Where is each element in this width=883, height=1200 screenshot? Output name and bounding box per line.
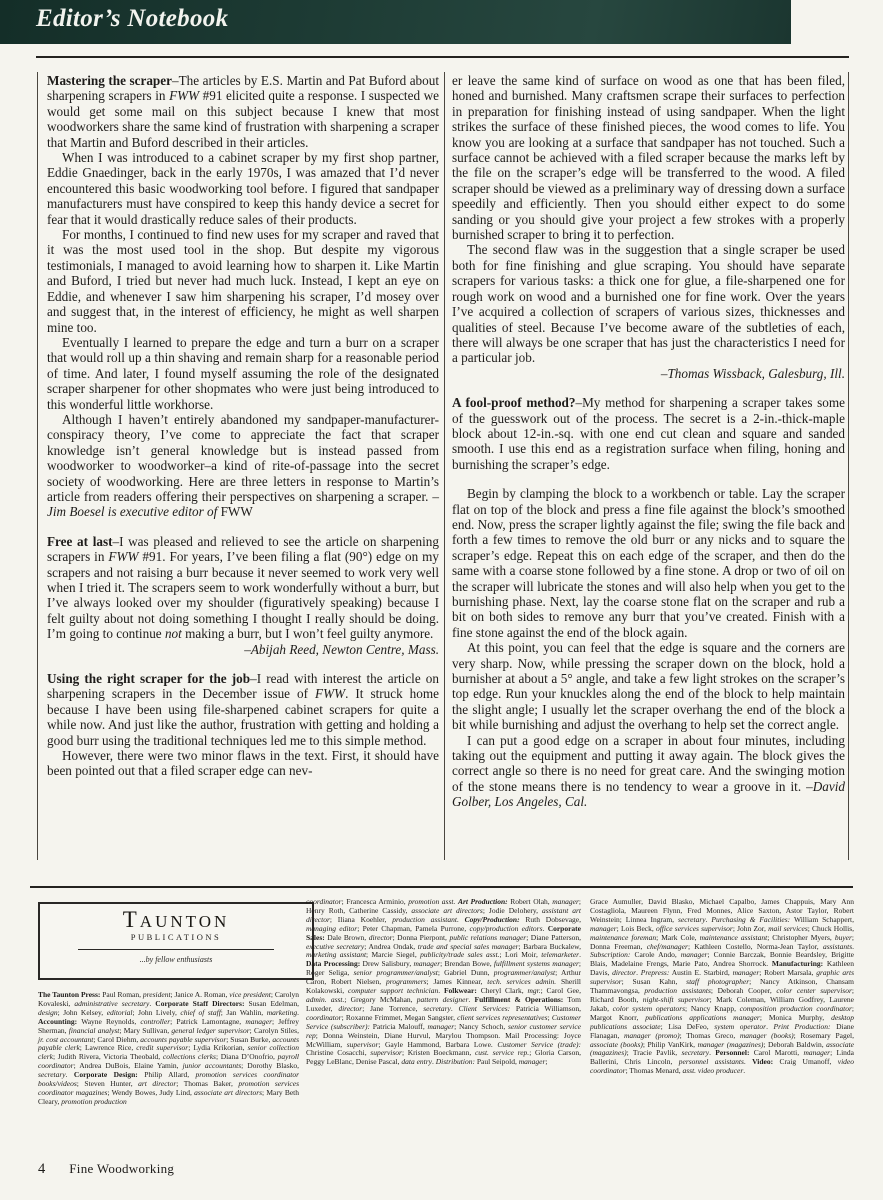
text-segment: . <box>451 1004 459 1013</box>
text-segment: Accounting: <box>38 1017 77 1026</box>
text-segment: The Taunton Press: <box>38 990 100 999</box>
text-segment: editorial <box>107 1008 133 1017</box>
article-paragraph: Free at last–I was pleased and relieved … <box>47 534 439 642</box>
text-segment: financial analyst <box>69 1026 120 1035</box>
text-segment: Drew Salisbury, <box>360 959 413 968</box>
text-segment: Begin by clamping the block to a workben… <box>452 486 845 640</box>
masthead-paragraph: The Taunton Press: Paul Roman, president… <box>38 991 299 1107</box>
text-segment: ; John Kelsey, <box>58 1008 107 1017</box>
text-segment: ; Roxanne Frimmet, Megan Sangster, <box>342 1013 458 1022</box>
text-segment: ; Susan Kahn, <box>622 977 686 986</box>
text-segment: office services supervisor <box>656 924 733 933</box>
text-segment: Eventually I learned to prepare the edge… <box>47 335 439 412</box>
text-segment: . <box>297 1008 299 1017</box>
text-segment: trade and special sales manager <box>418 942 519 951</box>
text-segment: ; Andrea DuBois, Elaine Yamin, <box>74 1061 183 1070</box>
text-segment: At this point, you can feel that the edg… <box>452 640 845 732</box>
masthead-paragraph: coordinator; Francesca Arminio, promotio… <box>306 898 581 1067</box>
article-paragraph: Although I haven’t entirely abandoned my… <box>47 412 439 520</box>
text-segment: ; Francesca Arminio, <box>342 897 409 906</box>
article-paragraph: er leave the same kind of surface on woo… <box>452 73 845 242</box>
text-segment: Patricia Malouff, <box>370 1022 427 1031</box>
text-segment: ; Lawrence Rice, <box>80 1043 136 1052</box>
text-segment: ; Gabriel Dunn, <box>438 968 494 977</box>
logo-divider <box>78 949 274 950</box>
text-segment: –Abijah Reed, Newton Centre, Mass. <box>244 642 439 657</box>
text-segment: ; Mark Cole, <box>656 933 699 942</box>
text-segment: president <box>143 990 171 999</box>
text-segment: er leave the same kind of surface on woo… <box>452 73 845 242</box>
text-segment: ; Steven Hunter, <box>77 1079 138 1088</box>
text-segment: programmer/analyst <box>494 968 555 977</box>
text-segment: manager <box>519 1057 546 1066</box>
text-segment: ; Mary Sullivan, <box>119 1026 171 1035</box>
text-segment: ; Carol Gee, <box>541 986 581 995</box>
text-segment: associate art directors <box>194 1088 262 1097</box>
text-segment: personnel assistants <box>679 1057 744 1066</box>
text-segment: Print Production: <box>774 1022 831 1031</box>
text-segment: copy/production editors <box>470 924 543 933</box>
text-segment: Free at last <box>47 534 113 549</box>
text-segment: ; Iliana Koehler, <box>330 915 392 924</box>
text-segment: director <box>612 968 636 977</box>
text-segment: A fool-proof method? <box>452 395 575 410</box>
text-segment: Customer Service (trade): <box>497 1040 581 1049</box>
text-segment: ; Janice A. Roman, <box>171 990 230 999</box>
text-segment: FWW <box>169 88 199 103</box>
text-segment: Mastering the scraper <box>47 73 172 88</box>
text-segment: ; Jodie Delohery, <box>483 906 542 915</box>
text-segment: ; Wendy Bowes, Judy Lind, <box>107 1088 194 1097</box>
text-segment: coordinator <box>306 897 342 906</box>
text-segment: manager <box>681 950 708 959</box>
text-segment: manager (magazines) <box>698 1040 764 1049</box>
text-segment: Art Production: <box>458 897 508 906</box>
text-segment: ; Robert Marsala, <box>759 968 816 977</box>
text-segment: Susan Edelman, <box>244 999 299 1008</box>
text-segment: Prepress: <box>641 968 670 977</box>
text-segment: ; Peter Chapman, Pamela Purrone, <box>357 924 469 933</box>
text-segment: making a burr, but I won’t feel guilty a… <box>182 626 434 641</box>
masthead-rule <box>30 886 853 888</box>
text-segment: ; Thomas Greco, <box>680 1031 740 1040</box>
text-segment: computer support technician <box>348 986 438 995</box>
article-paragraph: –Abijah Reed, Newton Centre, Mass. <box>47 642 439 657</box>
text-segment: associate (books) <box>590 1040 643 1049</box>
text-segment: manager <box>552 897 579 906</box>
article-paragraph: When I was introduced to a cabinet scrap… <box>47 150 439 227</box>
text-segment: art director <box>138 1079 176 1088</box>
text-segment: ; Lydia Krikorian, <box>188 1043 247 1052</box>
text-segment: Fulfillment & Operations: <box>475 995 564 1004</box>
text-segment: ; Rosemary Pagel, <box>794 1031 854 1040</box>
text-segment: supervisor <box>347 1040 379 1049</box>
text-segment: . <box>457 915 465 924</box>
section-title: Editor’s Notebook <box>36 5 228 33</box>
text-segment: client services representatives <box>457 1013 547 1022</box>
text-segment: ; <box>545 1057 547 1066</box>
logo-name-rest: AUNTON <box>140 912 229 931</box>
text-segment: ; Judith Rivera, Victoria Theobald, <box>53 1052 163 1061</box>
text-segment: manager <box>733 968 760 977</box>
text-segment: Ruth Dobsevage, <box>520 915 581 924</box>
header-rule <box>36 56 849 58</box>
text-segment: tech. services admin. <box>487 977 556 986</box>
text-segment: ; Kathleen Costello, Norma-Jean Taylor, <box>688 942 823 951</box>
text-segment: FWW <box>315 686 345 701</box>
text-segment: ; Andrea Ondak, <box>364 942 418 951</box>
text-segment: secretary <box>423 1004 451 1013</box>
text-segment: design <box>38 1008 58 1017</box>
text-segment: promotion asst. <box>408 897 455 906</box>
text-segment: data entry <box>401 1057 432 1066</box>
text-segment: Craig Umanoff, <box>773 1057 838 1066</box>
masthead-column-middle: coordinator; Francesca Arminio, promotio… <box>306 898 581 1067</box>
text-segment: publications applications manager <box>645 1013 760 1022</box>
text-segment: ; Marcie Siegel, <box>366 950 420 959</box>
text-segment: fulfillment systems manager <box>494 959 579 968</box>
text-segment: system operator <box>714 1022 766 1031</box>
text-segment: ; Deborah Cooper, <box>711 986 776 995</box>
text-segment: pattern designer <box>417 995 469 1004</box>
text-segment: Purchasing & Facilities: <box>711 915 790 924</box>
text-segment: Using the right scraper for the job <box>47 671 250 686</box>
text-segment: buyer <box>835 933 852 942</box>
text-segment: ; John Zor, <box>733 924 768 933</box>
text-segment: ; Brendan Bowe, <box>440 959 494 968</box>
text-segment: . <box>852 942 854 951</box>
taunton-publications-logo: TAUNTON PUBLICATIONS ...by fellow enthus… <box>38 902 314 980</box>
text-segment: promotion production <box>61 1097 127 1106</box>
text-segment: composition production coordinator <box>740 1004 852 1013</box>
text-segment: ; Kristen Boeckmann, <box>402 1048 475 1057</box>
text-segment: . <box>766 1022 773 1031</box>
text-segment: ; Carol Diehm, <box>93 1035 140 1044</box>
text-segment: ; James Kinnear, <box>427 977 488 986</box>
text-segment: Folkwear: <box>444 986 477 995</box>
text-segment: ; Jan Wahlin, <box>221 1008 267 1017</box>
text-segment: ; Diane Patterson, <box>526 933 581 942</box>
text-segment: manager <box>245 1017 272 1026</box>
article-paragraph: Eventually I learned to prepare the edge… <box>47 335 439 412</box>
text-segment: ; Deborah Baldwin, <box>763 1040 826 1049</box>
text-segment: ; Monica Murphy, <box>760 1013 831 1022</box>
text-segment: assistants <box>823 942 852 951</box>
text-segment: chief of staff <box>180 1008 220 1017</box>
text-segment: vice president <box>229 990 271 999</box>
text-segment: chef/manager <box>647 942 688 951</box>
text-segment: ; Philip VanKirk, <box>643 1040 698 1049</box>
text-segment: Dale Brown, <box>325 933 369 942</box>
text-segment: ; Carolyn Stiles, <box>250 1026 299 1035</box>
masthead-text-left: The Taunton Press: Paul Roman, president… <box>38 991 299 1107</box>
left-margin-rule <box>37 72 38 860</box>
logo-publications-text: PUBLICATIONS <box>40 932 312 942</box>
text-segment: For months, I continued to find new uses… <box>47 227 439 334</box>
text-segment: Christine Cosacchi, <box>306 1048 370 1057</box>
text-segment: mail services <box>768 924 808 933</box>
text-segment: Carole Ando, <box>630 950 680 959</box>
text-segment: ; Lois Beck, <box>617 924 656 933</box>
text-segment: Subscription: <box>590 950 630 959</box>
article-paragraph: I can put a good edge on a scraper in ab… <box>452 733 845 810</box>
text-segment: cust. service rep. <box>475 1048 529 1057</box>
magazine-name: Fine Woodworking <box>69 1161 174 1177</box>
text-segment: William Schappert, <box>790 915 854 924</box>
text-segment: Although I haven’t entirely abandoned my… <box>47 412 439 504</box>
text-segment: manager (books) <box>740 1031 794 1040</box>
text-segment: Carol Marotti, <box>749 1048 803 1057</box>
text-segment: production assistants <box>644 986 710 995</box>
masthead-column-right: Grace Aumuller, David Blasko, Michael Ca… <box>590 898 854 1076</box>
text-segment: ; Diana D’Onofrio, <box>216 1052 278 1061</box>
text-segment: FWW <box>221 504 253 519</box>
text-segment: Personnel: <box>715 1048 749 1057</box>
text-segment: ; Susan Burke, <box>226 1035 272 1044</box>
text-segment: Manufacturing: <box>772 959 823 968</box>
text-segment: asst. video producer <box>683 1066 744 1075</box>
text-segment: managing editor <box>306 924 357 933</box>
text-segment: controller <box>140 1017 170 1026</box>
text-segment: public relations manager <box>449 933 526 942</box>
magazine-page: Editor’s Notebook Mastering the scraper–… <box>0 0 883 1200</box>
text-segment: production assistant <box>392 915 457 924</box>
text-segment: ; Thomas Baker, <box>176 1079 238 1088</box>
article-paragraph: At this point, you can feel that the edg… <box>452 640 845 732</box>
text-segment: Robert Olah, <box>508 897 553 906</box>
text-segment: color center supervisor <box>776 986 852 995</box>
text-segment: telemarketer <box>541 950 579 959</box>
article-paragraph: For months, I continued to find new uses… <box>47 227 439 335</box>
masthead-paragraph: Grace Aumuller, David Blasko, Michael Ca… <box>590 898 854 1076</box>
text-segment: Video: <box>752 1057 773 1066</box>
text-segment: ; Barbara Buckalew, <box>518 942 581 951</box>
text-segment: coordinator <box>306 1013 342 1022</box>
text-segment: manager <box>803 1048 830 1057</box>
text-segment: night-shift supervisor <box>643 995 710 1004</box>
text-segment: accounts payable supervisor <box>140 1035 226 1044</box>
text-segment: The second flaw was in the suggestion th… <box>452 242 845 365</box>
article-paragraph: The second flaw was in the suggestion th… <box>452 242 845 365</box>
text-segment: admin. asst. <box>306 995 344 1004</box>
text-segment: Client Services: <box>459 1004 511 1013</box>
text-segment: ; Jane Torrence, <box>362 1004 423 1013</box>
text-segment: FWW <box>108 549 138 564</box>
text-segment: Copy/Production: <box>465 915 520 924</box>
text-segment: –Thomas Wissback, Galesburg, Ill. <box>661 366 845 381</box>
text-segment: ; Lisa DeFeo, <box>661 1022 715 1031</box>
text-segment: general ledger supervisor <box>171 1026 249 1035</box>
article-paragraph: A fool-proof method?–My method for sharp… <box>452 395 845 472</box>
center-column-rule <box>444 72 445 860</box>
text-segment: Philip Allard, <box>138 1070 196 1079</box>
text-segment: supervisor <box>370 1048 402 1057</box>
text-segment: manager <box>427 1022 454 1031</box>
article-paragraph: Mastering the scraper–The articles by E.… <box>47 73 439 150</box>
text-segment: Paul Roman, <box>100 990 143 999</box>
text-segment: associate art directors <box>411 906 482 915</box>
text-segment: secretary <box>678 915 706 924</box>
text-segment: ; Nancy Schoch, <box>454 1022 508 1031</box>
text-segment: credit supervisor <box>136 1043 188 1052</box>
page-number: 4 <box>38 1161 45 1178</box>
text-segment: senior programmer/analyst <box>353 968 437 977</box>
text-segment: manager <box>590 924 617 933</box>
text-segment: Corporate Staff Directors: <box>155 999 244 1008</box>
text-segment: manager <box>414 959 441 968</box>
text-segment: administrative secretary <box>74 999 149 1008</box>
text-segment: ; Patrick Lamontagne, <box>170 1017 245 1026</box>
text-segment: marketing <box>267 1008 297 1017</box>
text-segment: ; Donna Pierpont, <box>393 933 450 942</box>
text-segment: not <box>165 626 182 641</box>
text-segment: . <box>66 1070 74 1079</box>
text-segment: programmers <box>386 977 427 986</box>
text-segment: . <box>743 1066 745 1075</box>
article-column-left: Mastering the scraper–The articles by E.… <box>47 73 439 779</box>
text-segment: Data Processing: <box>306 959 360 968</box>
text-segment: executive secretary <box>306 942 364 951</box>
text-segment: manager (promo) <box>624 1031 680 1040</box>
text-segment: collections clerks <box>163 1052 216 1061</box>
text-segment: . <box>579 950 581 959</box>
text-segment: staff photographer <box>686 977 749 986</box>
text-segment: Cheryl Clark, <box>477 986 528 995</box>
text-segment: ; Thomas Menard, <box>626 1066 683 1075</box>
section-header-bar: Editor’s Notebook <box>0 0 791 44</box>
text-segment: Distribution: <box>436 1057 475 1066</box>
text-segment: junior accountants <box>183 1061 242 1070</box>
article-column-right: er leave the same kind of surface on woo… <box>452 73 845 810</box>
text-segment: director <box>338 1004 362 1013</box>
text-segment: maintenance assistant <box>700 933 768 942</box>
text-segment: ; John Lively, <box>133 1008 181 1017</box>
text-segment: . <box>744 1057 752 1066</box>
text-segment: secretary <box>681 1048 709 1057</box>
text-segment: secretary <box>38 1070 66 1079</box>
text-segment: ; Dorothy Blasko, <box>241 1061 299 1070</box>
text-segment: Patricia Williamson, <box>510 1004 581 1013</box>
text-segment: ; Chuck Hollis, <box>808 924 854 933</box>
text-segment: ; Tracie Pavlik, <box>627 1048 682 1057</box>
article-paragraph: Using the right scraper for the job–I re… <box>47 671 439 748</box>
text-segment: jr. cost accountant <box>38 1035 93 1044</box>
text-segment: ; Gregory McMahan, <box>344 995 416 1004</box>
text-segment: Corporate Design: <box>74 1070 138 1079</box>
text-segment: mgr. <box>527 986 540 995</box>
text-segment: However, there were two minor flaws in t… <box>47 748 439 778</box>
text-segment: Wayne Reynolds, <box>77 1017 140 1026</box>
masthead-column-left: TAUNTON PUBLICATIONS ...by fellow enthus… <box>38 902 299 1107</box>
text-segment: ; Nancy Knapp, <box>685 1004 740 1013</box>
logo-tagline: ...by fellow enthusiasts <box>40 955 312 964</box>
text-segment: Austin E. Starbird, <box>669 968 732 977</box>
text-segment: ; Lori Moir, <box>500 950 542 959</box>
article-paragraph: Begin by clamping the block to a workben… <box>452 486 845 640</box>
text-segment: maintenance foreman <box>590 933 656 942</box>
text-segment: director <box>369 933 393 942</box>
text-segment: ; Gayle Hammond, Barbara Lowe. <box>378 1040 497 1049</box>
right-margin-rule <box>848 72 849 860</box>
text-segment: publicity/trade sales asst. <box>420 950 499 959</box>
text-segment: When I was introduced to a cabinet scrap… <box>47 150 439 227</box>
logo-taunton-text: TAUNTON <box>40 908 312 931</box>
text-segment: marketing assistant <box>306 950 366 959</box>
logo-initial: T <box>123 907 140 932</box>
text-segment: ; Christopher Myers, <box>767 933 835 942</box>
page-footer: 4 Fine Woodworking <box>38 1161 174 1178</box>
text-segment: I can put a good edge on a scraper in ab… <box>452 733 845 794</box>
article-paragraph: However, there were two minor flaws in t… <box>47 748 439 779</box>
text-segment: color system operators <box>613 1004 685 1013</box>
article-paragraph: –Thomas Wissback, Galesburg, Ill. <box>452 366 845 381</box>
text-segment: Paul Seipold, <box>475 1057 519 1066</box>
